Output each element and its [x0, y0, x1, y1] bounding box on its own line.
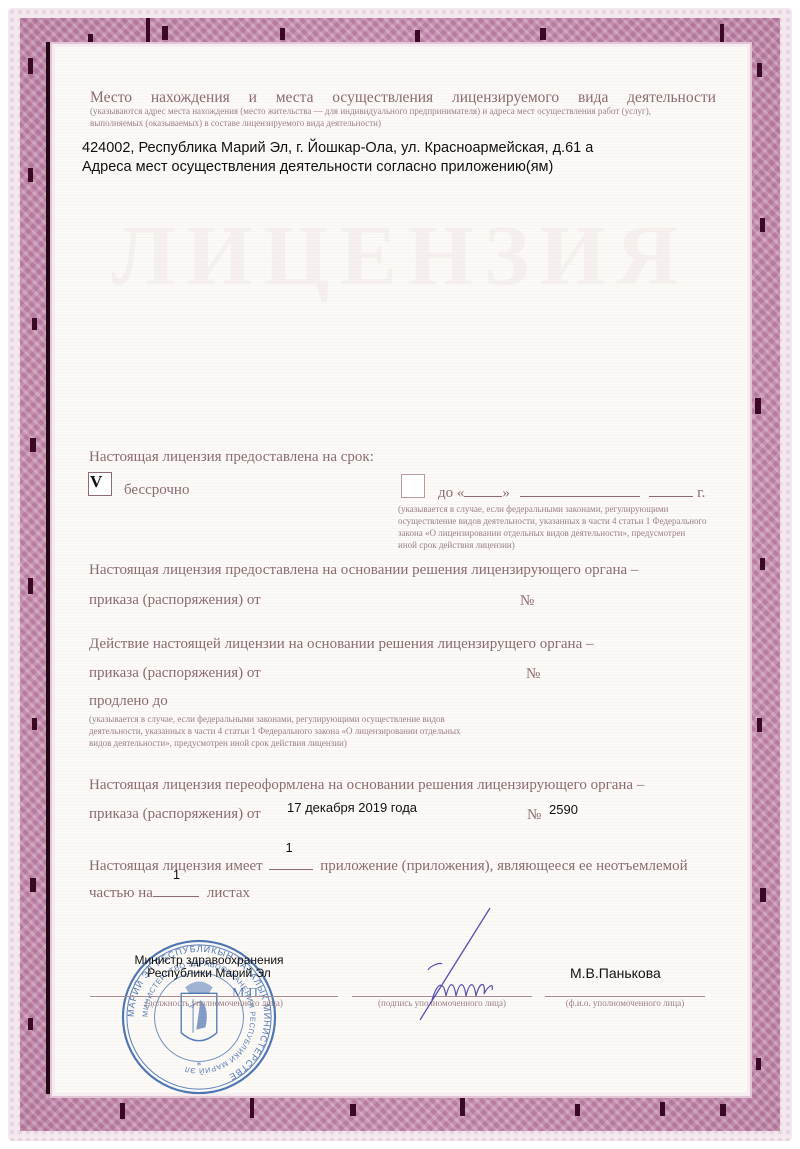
scan-edge-bar: [46, 42, 50, 1094]
until-hint-3: закона «О лицензировании отдельных видов…: [398, 528, 685, 539]
position-hint: (должность уполномоченного лица): [90, 998, 338, 1008]
position-line: [90, 996, 338, 997]
extended-number-label: №: [526, 666, 540, 683]
appendix-count: 1: [285, 840, 292, 855]
position-line-2: Республики Марий Эл: [124, 967, 294, 980]
extended-until-label: продлено до: [89, 693, 168, 710]
extended-line-2: приказа (распоряжения) от: [89, 665, 261, 682]
until-month-field[interactable]: [520, 484, 640, 497]
position-title: Министр здравоохранения Республики Марий…: [124, 954, 294, 980]
reissued-number: 2590: [549, 802, 578, 817]
extended-hint-1: (указывается в случае, если федеральными…: [89, 714, 445, 725]
address-line-1: 424002, Республика Марий Эл, г. Йошкар-О…: [82, 139, 593, 158]
appendix-line-2: частью на 1 листах: [89, 884, 250, 902]
reissued-line-2: приказа (распоряжения) от: [89, 806, 261, 823]
sheet-count: 1: [173, 867, 180, 882]
granted-line-2: приказа (распоряжения) от: [89, 592, 261, 609]
location-hint-2: выполняемых (оказываемых) в составе лице…: [90, 118, 381, 129]
appendix-count-field: 1: [269, 857, 313, 870]
name-hint: (ф.и.о. уполномоченного лица): [545, 998, 705, 1008]
until-hint-1: (указывается в случае, если федеральными…: [398, 504, 668, 515]
until-year-field[interactable]: [649, 484, 693, 497]
until-hint-2: осуществление видов деятельности, указан…: [398, 516, 706, 527]
extended-hint-3: видов деятельности», предусмотрен иной с…: [89, 738, 347, 749]
reissued-line-1: Настоящая лицензия переоформлена на осно…: [89, 777, 644, 794]
reissued-date: 17 декабря 2019 года: [287, 800, 417, 815]
location-hint-1: (указываются адрес места нахождения (мес…: [90, 106, 651, 117]
until-suffix: г.: [697, 485, 705, 501]
indefinite-label: бессрочно: [124, 482, 189, 499]
name-line: [545, 996, 705, 997]
until-mid: »: [502, 485, 510, 501]
svg-text:*: *: [197, 1060, 202, 1071]
until-day-field[interactable]: [464, 484, 502, 497]
address-line-2: Адреса мест осуществления деятельности с…: [82, 158, 553, 177]
until-checkbox[interactable]: [401, 474, 425, 498]
appendix-suffix: приложение (приложения), являющееся ее н…: [320, 858, 688, 874]
signatory-name: М.В.Панькова: [570, 965, 661, 981]
handwritten-signature: [400, 900, 520, 1025]
term-label: Настоящая лицензия предоставлена на срок…: [89, 449, 374, 466]
granted-line-1: Настоящая лицензия предоставлена на осно…: [89, 562, 638, 579]
watermark-title: ЛИЦЕНЗИЯ: [0, 205, 800, 305]
location-heading: Место нахождения и места осуществления л…: [90, 89, 716, 107]
extended-line-1: Действие настоящей лицензии на основании…: [89, 636, 594, 653]
extended-hint-2: деятельности, указанных в части 4 статьи…: [89, 726, 461, 737]
granted-number-label: №: [520, 593, 534, 610]
reissued-number-label: №: [527, 807, 541, 824]
sheets-prefix: частью на: [89, 885, 153, 901]
sheet-count-field: 1: [153, 884, 199, 897]
until-hint-4: иной срок действия лицензии): [398, 540, 515, 551]
sheets-suffix: листах: [207, 885, 250, 901]
indefinite-checkbox[interactable]: V: [88, 472, 112, 496]
until-date-line: до «» г.: [438, 484, 705, 502]
until-prefix: до «: [438, 485, 464, 501]
